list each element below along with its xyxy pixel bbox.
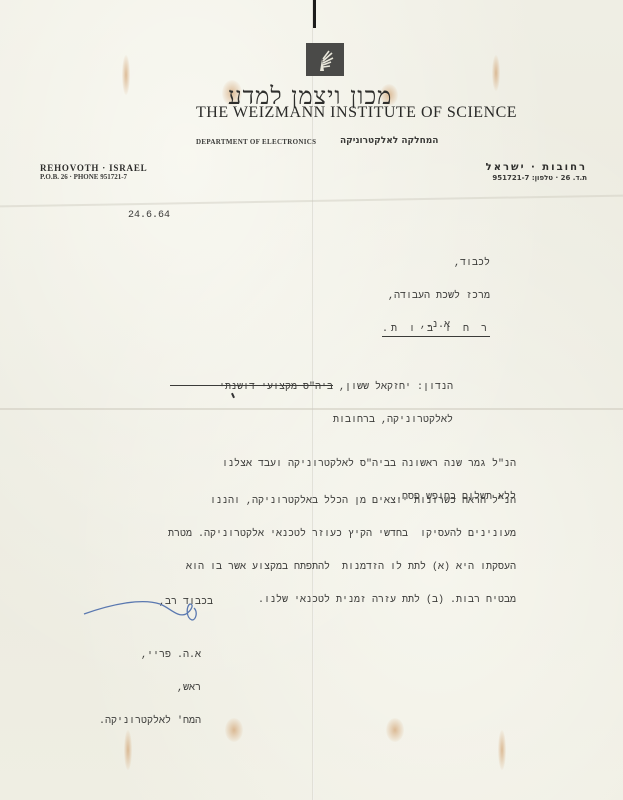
salutation: א.נ., <box>420 320 450 331</box>
address-english-pob: P.O.B. 26 · PHONE 951721-7 <box>40 173 127 181</box>
signer-department: המח' לאלקטרוניקה. <box>99 716 201 727</box>
address-hebrew-pob: ת.ד. 26 · טלפון: 951721-7 <box>492 174 587 182</box>
handwritten-signature-icon <box>82 598 202 628</box>
recipient-line: לכבוד, <box>382 258 490 269</box>
department-english: DEPARTMENT OF ELECTRONICS <box>196 138 316 146</box>
subject-block: הנדון: יחזקאל ששון, ביה"ס מקצועי דושנתי … <box>219 360 453 448</box>
body-paragraph: הנ"ל הראה כשרונות יוצאים מן הכלל באלקטרו… <box>168 474 516 628</box>
rust-stain <box>498 730 506 770</box>
tree-emblem-icon <box>306 43 344 76</box>
subject-line: לאלקטרוניקה, ברחובות <box>219 415 453 426</box>
paragraph-line: מעונינים להעסיקו בחדשי הקיץ כעוזר לטכנאי… <box>168 529 516 540</box>
subject-underline <box>170 385 333 386</box>
rust-stain <box>225 718 243 742</box>
recipient-line: מרכז לשכת העבודה, <box>382 291 490 302</box>
rust-stain <box>492 55 500 91</box>
paragraph-line: הנ"ל הראה כשרונות יוצאים מן הכלל באלקטרו… <box>168 496 516 507</box>
paragraph-line: מבטיח רבות. (ב) לתת עזרה זמנית לטכנאי של… <box>168 595 516 606</box>
letter-page: מכון ויצמן למדע THE WEIZMANN INSTITUTE O… <box>0 0 623 800</box>
signer-block: א.ה. פריי, ראש, המח' לאלקטרוניקה. <box>99 628 201 749</box>
address-english-city: REHOVOTH · ISRAEL <box>40 163 147 173</box>
signer-title: ראש, <box>99 683 201 694</box>
paragraph-line: הנ"ל גמר שנה ראשונה בביה"ס לאלקטרוניקה ו… <box>222 459 516 470</box>
institute-english-title: THE WEIZMANN INSTITUTE OF SCIENCE <box>196 104 517 122</box>
rust-stain <box>386 718 404 742</box>
recipient-block: לכבוד, מרכז לשכת העבודה, ר ח ו ב ו ת. <box>382 236 490 357</box>
signer-name: א.ה. פריי, <box>99 650 201 661</box>
address-hebrew-city: רחובות · ישראל <box>486 162 587 173</box>
top-tear <box>313 0 316 28</box>
letter-date: 24.6.64 <box>128 210 170 221</box>
rust-stain <box>122 55 130 95</box>
subject-line: הנדון: יחזקאל ששון, ביה"ס מקצועי דושנתי <box>219 382 453 393</box>
department-hebrew: המחלקה לאלקטרוניקה <box>340 136 439 146</box>
paragraph-line: העסקתו היא (א) לתת לו הזדמנות להתפתח במק… <box>168 562 516 573</box>
